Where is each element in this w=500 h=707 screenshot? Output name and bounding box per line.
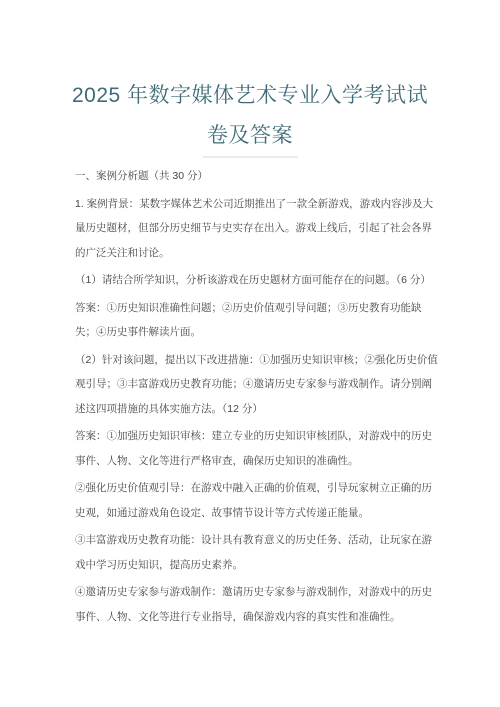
document-body: 一、案例分析题（共 30 分） 1. 案例背景：某数字媒体艺术公司近期推出了一款… [75, 164, 428, 629]
text-line: 一、案例分析题（共 30 分） [75, 164, 428, 189]
text-line: 的广泛关注和讨论。 [75, 241, 428, 266]
case-background-paragraph: 1. 案例背景：某数字媒体艺术公司近期推出了一款全新游戏，游戏内容涉及大 量历史… [75, 192, 428, 266]
question-2-paragraph: （2）针对该问题，提出以下改进措施：①加强历史知识审核；②强化历史价值 观引导；… [75, 348, 428, 422]
text-line: 史观，如通过游戏角色设定、故事情节设计等方式传递正能量。 [75, 501, 428, 526]
title-line-2: 卷及答案 [0, 116, 500, 156]
text-line: ③丰富游戏历史教育功能：设计具有教育意义的历史任务、活动，让玩家在游 [75, 528, 428, 553]
text-line: 事件、人物、文化等进行专业指导，确保游戏内容的真实性和准确性。 [75, 605, 428, 630]
text-line: 答案：①历史知识准确性问题；②历史价值观引导问题；③历史教育功能缺 [75, 296, 428, 321]
text-line: ④邀请历史专家参与游戏制作：邀请历史专家参与游戏制作，对游戏中的历史 [75, 580, 428, 605]
answer-2-item-3-paragraph: ③丰富游戏历史教育功能：设计具有教育意义的历史任务、活动，让玩家在游 戏中学习历… [75, 528, 428, 577]
text-line: 量历史题材，但部分历史细节与史实存在出入。游戏上线后，引起了社会各界 [75, 216, 428, 241]
text-line: ②强化历史价值观引导：在游戏中融入正确的价值观，引导玩家树立正确的历 [75, 476, 428, 501]
text-line: （2）针对该问题，提出以下改进措施：①加强历史知识审核；②强化历史价值 [75, 348, 428, 373]
answer-1-paragraph: 答案：①历史知识准确性问题；②历史价值观引导问题；③历史教育功能缺 失；④历史事… [75, 296, 428, 345]
section-heading: 一、案例分析题（共 30 分） [75, 164, 428, 189]
text-line: 戏中学习历史知识，提高历史素养。 [75, 553, 428, 578]
title-divider [203, 156, 298, 158]
text-line: 1. 案例背景：某数字媒体艺术公司近期推出了一款全新游戏，游戏内容涉及大 [75, 192, 428, 217]
text-line: 事件、人物、文化等进行严格审查，确保历史知识的准确性。 [75, 449, 428, 474]
text-line: 观引导；③丰富游戏历史教育功能；④邀请历史专家参与游戏制作。请分别阐 [75, 372, 428, 397]
document-page: 2025 年数字媒体艺术专业入学考试试 卷及答案 一、案例分析题（共 30 分）… [0, 0, 500, 707]
answer-2-item-4-paragraph: ④邀请历史专家参与游戏制作：邀请历史专家参与游戏制作，对游戏中的历史 事件、人物… [75, 580, 428, 629]
question-1-paragraph: （1）请结合所学知识，分析该游戏在历史题材方面可能存在的问题。（6 分） [75, 268, 428, 293]
answer-2-item-2-paragraph: ②强化历史价值观引导：在游戏中融入正确的价值观，引导玩家树立正确的历 史观，如通… [75, 476, 428, 525]
text-line: （1）请结合所学知识，分析该游戏在历史题材方面可能存在的问题。（6 分） [75, 268, 428, 293]
document-title: 2025 年数字媒体艺术专业入学考试试 卷及答案 [0, 0, 500, 156]
text-line: 答案：①加强历史知识审核：建立专业的历史知识审核团队，对游戏中的历史 [75, 424, 428, 449]
answer-2-item-1-paragraph: 答案：①加强历史知识审核：建立专业的历史知识审核团队，对游戏中的历史 事件、人物… [75, 424, 428, 473]
title-line-1: 2025 年数字媒体艺术专业入学考试试 [0, 76, 500, 116]
text-line: 述这四项措施的具体实施方法。（12 分） [75, 397, 428, 422]
text-line: 失；④历史事件解读片面。 [75, 320, 428, 345]
